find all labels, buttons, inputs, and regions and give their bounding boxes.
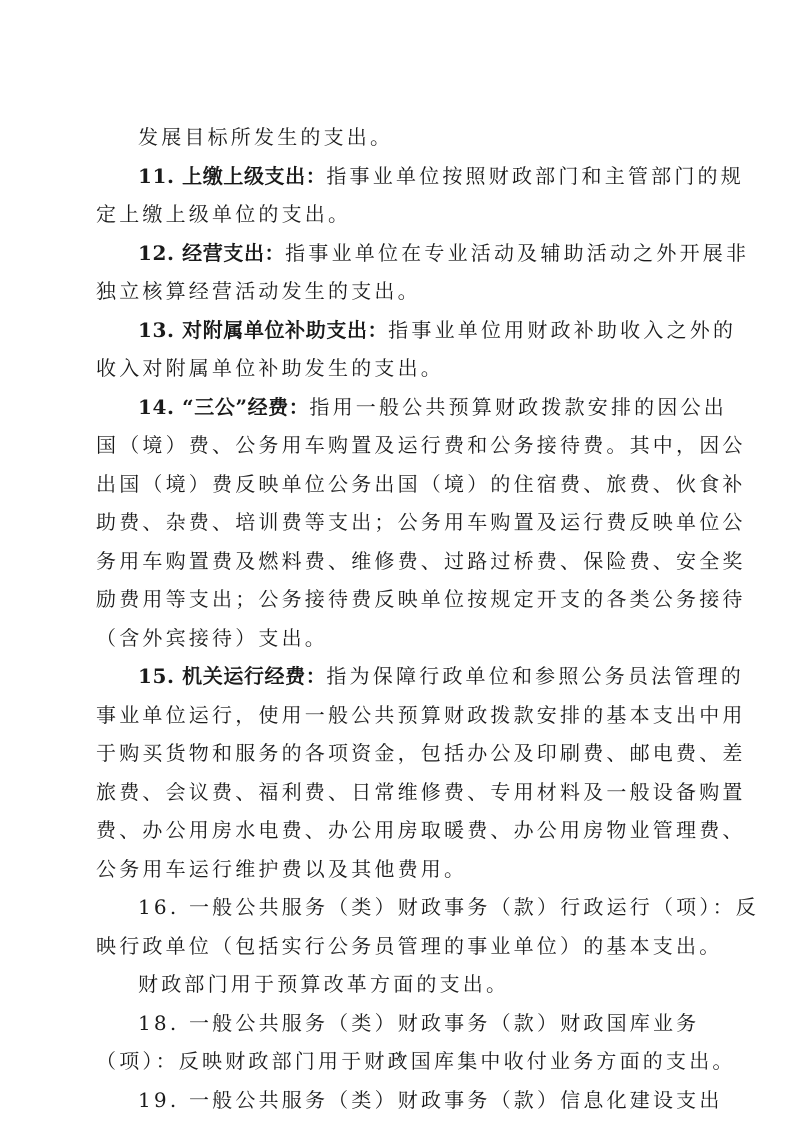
body-text: 18. 一般公共服务（类）财政事务（款）财政国库业务 <box>138 1011 699 1035</box>
body-text: 映行政单位（包括实行公务员管理的事业单位）的基本支出。 <box>96 934 722 958</box>
text-line: 出国（境）费反映单位公务出国（境）的住宿费、旅费、伙食补 <box>96 465 700 504</box>
body-text: 指为保障行政单位和参照公务员法管理的 <box>326 664 744 688</box>
text-line: 独立核算经营活动发生的支出。 <box>96 272 700 311</box>
bold-heading: 12. 经营支出： <box>138 241 285 265</box>
text-line: 发展目标所发生的支出。 <box>96 118 700 157</box>
text-line: 14. “三公”经费：指用一般公共预算财政拨款安排的因公出 <box>96 388 700 427</box>
text-line: 映行政单位（包括实行公务员管理的事业单位）的基本支出。 <box>96 927 700 966</box>
body-text: 指事业单位按照财政部门和主管部门的规 <box>326 164 744 188</box>
text-line: 16. 一般公共服务（类）财政事务（款）行政运行（项）：反 <box>96 888 700 927</box>
text-line: 财政部门用于预算改革方面的支出。 <box>96 965 700 1004</box>
text-line: 于购买货物和服务的各项资金，包括办公及印刷费、邮电费、差 <box>96 734 700 773</box>
body-text: 助费、杂费、培训费等支出；公务用车购置及运行费反映单位公 <box>96 510 746 534</box>
body-text: 励费用等支出；公务接待费反映单位按规定开支的各类公务接待 <box>96 587 746 611</box>
body-text: 指用一般公共预算财政拨款安排的因公出 <box>309 395 727 419</box>
text-line: 励费用等支出；公务接待费反映单位按规定开支的各类公务接待 <box>96 580 700 619</box>
text-line: 12. 经营支出：指事业单位在专业活动及辅助活动之外开展非 <box>96 234 700 273</box>
text-line: 15. 机关运行经费：指为保障行政单位和参照公务员法管理的 <box>96 657 700 696</box>
body-text: 公务用车运行维护费以及其他费用。 <box>96 857 467 881</box>
bold-heading: 14. “三公”经费： <box>138 395 309 419</box>
bold-heading: 11. 上缴上级支出： <box>138 164 326 188</box>
page-number: 13 <box>0 1050 793 1065</box>
document-page: 发展目标所发生的支出。 11. 上缴上级支出：指事业单位按照财政部门和主管部门的… <box>96 118 700 1119</box>
bold-heading: 15. 机关运行经费： <box>138 664 326 688</box>
text-line: （含外宾接待）支出。 <box>96 619 700 658</box>
text-line: 19. 一般公共服务（类）财政事务（款）信息化建设支出 <box>96 1081 700 1120</box>
body-text: 于购买货物和服务的各项资金，包括办公及印刷费、邮电费、差 <box>96 741 746 765</box>
text-line: 定上缴上级单位的支出。 <box>96 195 700 234</box>
text-line: 务用车购置费及燃料费、维修费、过路过桥费、保险费、安全奖 <box>96 542 700 581</box>
body-text: （含外宾接待）支出。 <box>96 626 328 650</box>
text-line: 公务用车运行维护费以及其他费用。 <box>96 850 700 889</box>
body-text: 收入对附属单位补助发生的支出。 <box>96 356 444 380</box>
body-text: 独立核算经营活动发生的支出。 <box>96 279 421 303</box>
body-text: 事业单位运行，使用一般公共预算财政拨款安排的基本支出中用 <box>96 703 746 727</box>
body-text: 16. 一般公共服务（类）财政事务（款）行政运行（项）：反 <box>138 895 759 919</box>
bold-heading: 13. 对附属单位补助支出： <box>138 318 388 342</box>
body-text: 指事业单位用财政补助收入之外的 <box>388 318 736 342</box>
body-text: 务用车购置费及燃料费、维修费、过路过桥费、保险费、安全奖 <box>96 549 746 573</box>
text-line: 国（境）费、公务用车购置及运行费和公务接待费。其中，因公 <box>96 426 700 465</box>
body-text: 费、办公用房水电费、办公用房取暖费、办公用房物业管理费、 <box>96 818 746 842</box>
text-line: 助费、杂费、培训费等支出；公务用车购置及运行费反映单位公 <box>96 503 700 542</box>
text-line: 旅费、会议费、福利费、日常维修费、专用材料及一般设备购置 <box>96 773 700 812</box>
text-line: 18. 一般公共服务（类）财政事务（款）财政国库业务 <box>96 1004 700 1043</box>
text-line: 费、办公用房水电费、办公用房取暖费、办公用房物业管理费、 <box>96 811 700 850</box>
body-text: 定上缴上级单位的支出。 <box>96 202 351 226</box>
body-text: 19. 一般公共服务（类）财政事务（款）信息化建设支出 <box>138 1088 723 1112</box>
body-text: 财政部门用于预算改革方面的支出。 <box>138 972 509 996</box>
text-line: 收入对附属单位补助发生的支出。 <box>96 349 700 388</box>
text-line: 11. 上缴上级支出：指事业单位按照财政部门和主管部门的规 <box>96 157 700 196</box>
body-text: 指事业单位在专业活动及辅助活动之外开展非 <box>285 241 749 265</box>
body-text: 旅费、会议费、福利费、日常维修费、专用材料及一般设备购置 <box>96 780 746 804</box>
body-text: 出国（境）费反映单位公务出国（境）的住宿费、旅费、伙食补 <box>96 472 746 496</box>
text-line: 13. 对附属单位补助支出：指事业单位用财政补助收入之外的 <box>96 311 700 350</box>
body-text: 发展目标所发生的支出。 <box>138 125 393 149</box>
body-text: 国（境）费、公务用车购置及运行费和公务接待费。其中，因公 <box>96 433 746 457</box>
text-line: 事业单位运行，使用一般公共预算财政拨款安排的基本支出中用 <box>96 696 700 735</box>
